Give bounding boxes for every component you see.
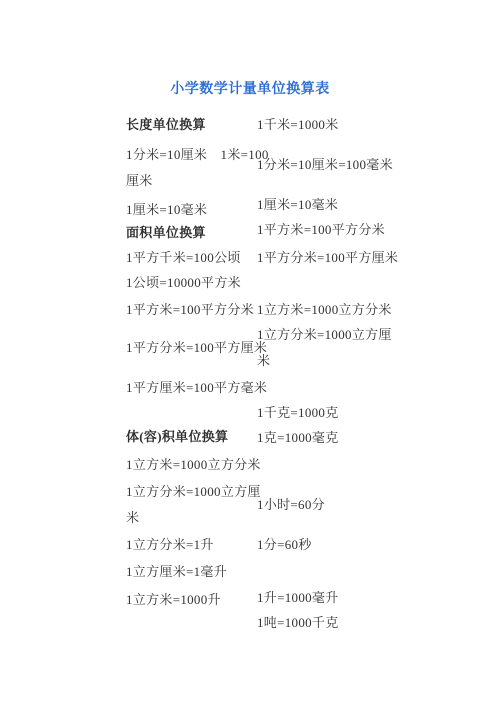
conversion-line: 1分=60秒 [257, 532, 407, 558]
section-header-area: 面积单位换算 [126, 220, 276, 246]
conversion-line: 1千米=1000米 [257, 112, 407, 138]
conversion-line: 1厘米=10毫米 [257, 192, 407, 218]
conversion-line: 1立方分米=1000立方厘 米 [257, 322, 407, 374]
conversion-line: 1平方米=100平方分米 [126, 297, 276, 323]
document-page: 小学数学计量单位换算表 长度单位换算 1分米=10厘米 1米=100 厘米 1厘… [0, 0, 500, 708]
conversion-line: 1平方米=100平方分米 [257, 217, 407, 243]
conversion-line: 1公顷=10000平方米 [126, 270, 276, 296]
conversion-line: 1立方分米=1升 [126, 532, 276, 558]
section-header-length: 长度单位换算 [126, 112, 276, 138]
conversion-line: 1立方米=1000升 [126, 587, 276, 613]
left-column: 长度单位换算 1分米=10厘米 1米=100 厘米 1厘米=10毫米 面积单位换… [126, 0, 276, 708]
conversion-line: 1升=1000毫升 [257, 585, 407, 611]
conversion-line: 1立方米=1000立方分米 [257, 297, 407, 323]
right-column: 1千米=1000米 1分米=10厘米=100毫米 1厘米=10毫米 1平方米=1… [257, 0, 407, 708]
conversion-line: 1立方厘米=1毫升 [126, 559, 276, 585]
conversion-line: 1吨=1000千克 [257, 610, 407, 636]
conversion-line: 1平方分米=100平方厘米 [257, 245, 407, 271]
section-header-volume: 体(容)积单位换算 [126, 424, 276, 450]
conversion-line: 1千克=1000克 [257, 400, 407, 426]
conversion-line: 1克=1000毫克 [257, 425, 407, 451]
conversion-line: 1平方分米=100平方厘米 [126, 335, 276, 361]
conversion-line: 1立方分米=1000立方厘 米 [126, 479, 276, 531]
conversion-line: 1平方千米=100公顷 [126, 245, 276, 271]
conversion-line: 1立方米=1000立方分米 [126, 452, 276, 478]
conversion-line: 1小时=60分 [257, 492, 407, 518]
conversion-line: 1分米=10厘米=100毫米 [257, 152, 407, 178]
conversion-line: 1分米=10厘米 1米=100 厘米 [126, 142, 276, 194]
conversion-line: 1平方厘米=100平方毫米 [126, 375, 276, 401]
